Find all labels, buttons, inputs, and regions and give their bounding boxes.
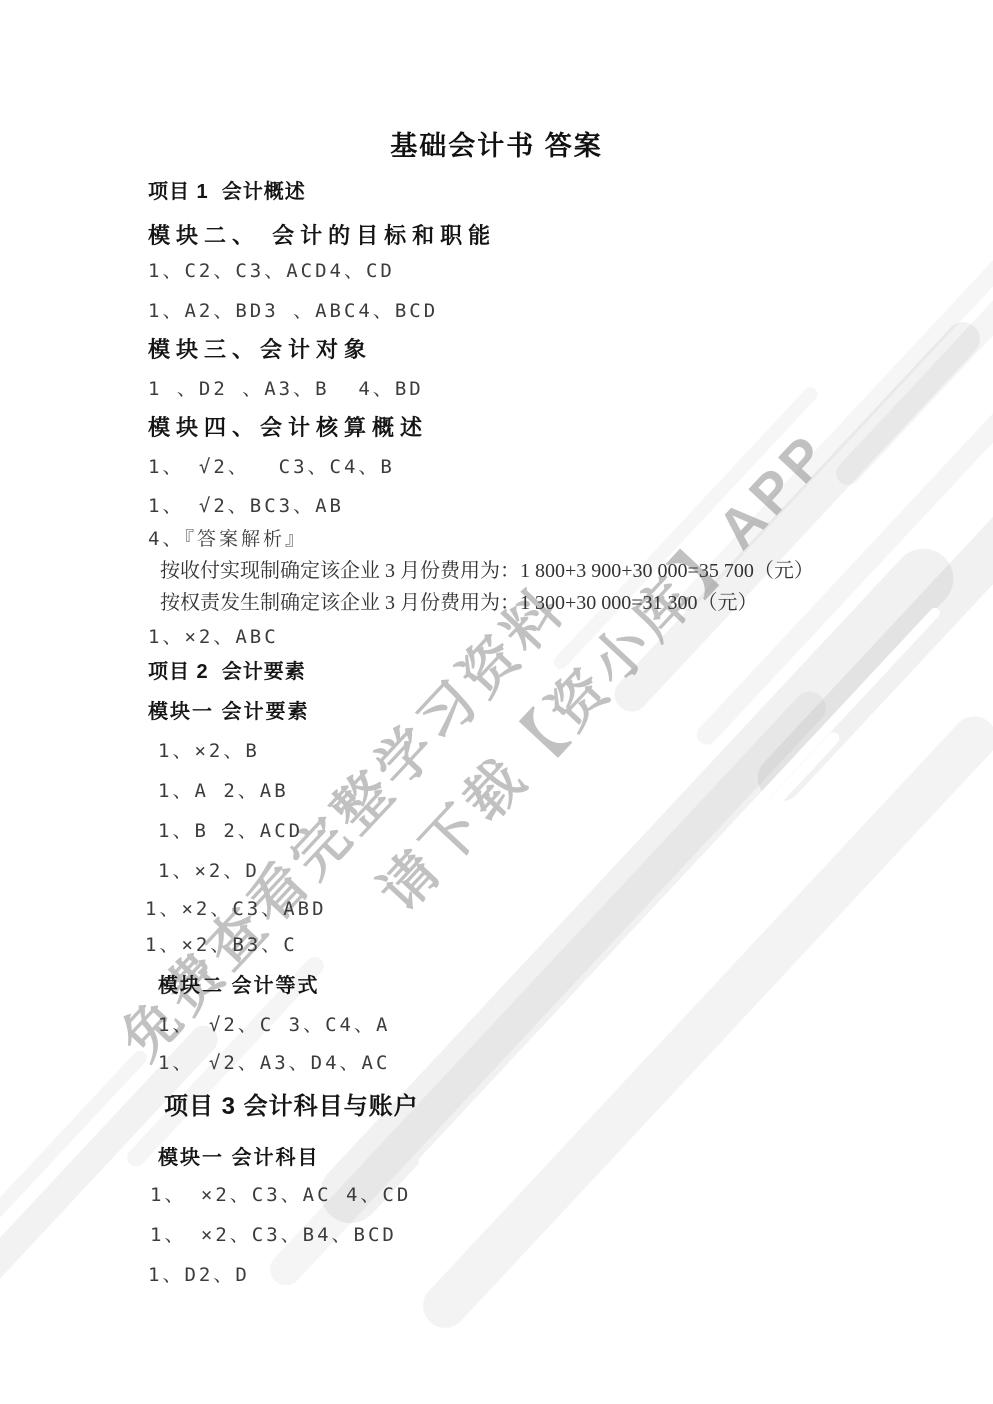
answer-line: 1、A2、BD3 、ABC4、BCD: [148, 300, 438, 324]
answer-line: 1、×2、C3、ABD: [145, 898, 327, 922]
project-heading-2: 项目 2 会计要素: [148, 660, 306, 685]
brush-stroke: [748, 384, 993, 810]
brush-stroke-highlight: [356, 730, 842, 1250]
answer-line: 1、 √2、A3、D4、AC: [158, 1052, 390, 1076]
answer-line: 1、 √2、 C3、C4、B: [148, 456, 395, 480]
document-page: 免费查看完整学习资料 请下载【资小库】APP 基础会计书 答案 项目 1 会计概…: [0, 0, 993, 1404]
module-heading: 模块四、会计核算概述: [148, 414, 428, 442]
project-heading-1: 项目 1 会计概述: [148, 180, 306, 205]
module-heading: 模块三、会计对象: [148, 336, 372, 364]
answer-line: 1、×2、B: [158, 740, 260, 764]
brush-stroke: [308, 536, 966, 1235]
brush-stroke: [414, 707, 993, 1337]
document-title: 基础会计书 答案: [0, 130, 993, 164]
module-heading: 模块一 会计科目: [158, 1146, 320, 1171]
answer-line: 1 、D2 、A3、B 4、BD: [148, 378, 424, 402]
answer-line: 1、×2、D: [158, 860, 260, 884]
brush-stroke: [831, 196, 993, 490]
watermark-text-line2: 请下载【资小库】APP: [358, 412, 846, 927]
module-heading: 模块二、 会计的目标和职能: [148, 222, 496, 250]
brush-stroke: [0, 1048, 150, 1277]
answer-line: 1、×2、ABC: [148, 626, 279, 650]
module-heading: 模块二 会计等式: [158, 974, 320, 999]
brush-stroke: [551, 384, 820, 671]
solution-note-line: 按权责发生制确定该企业 3 月份费用为：1 300+30 000=31 300（…: [160, 591, 758, 616]
brush-stroke-highlight: [416, 606, 942, 1169]
answer-line: 1、B 2、ACD: [158, 820, 303, 844]
project-heading-3: 项目 3 会计科目与账户: [164, 1092, 419, 1122]
answer-line: 1、 √2、BC3、AB: [148, 495, 344, 519]
answer-line: 1、 ×2、C3、AC 4、CD: [150, 1184, 411, 1208]
answer-line: 1、C2、C3、ACD4、CD: [148, 260, 395, 284]
answer-line: 1、×2、B3、C: [145, 934, 298, 958]
answer-line: 1、A 2、AB: [158, 780, 289, 804]
answer-line: 1、 ×2、C3、B4、BCD: [150, 1224, 397, 1248]
answer-line: 1、D2、D: [148, 1264, 250, 1288]
brush-stroke-highlight: [662, 387, 961, 707]
answer-line: 1、 √2、C 3、C4、A: [158, 1014, 390, 1038]
brush-stroke: [608, 315, 988, 718]
module-heading: 模块一 会计要素: [148, 700, 310, 725]
answer-line: 4、『答案解析』: [148, 528, 307, 552]
solution-note-line: 按收付实现制确定该企业 3 月份费用为：1 800+3 900+30 000=3…: [160, 559, 814, 584]
